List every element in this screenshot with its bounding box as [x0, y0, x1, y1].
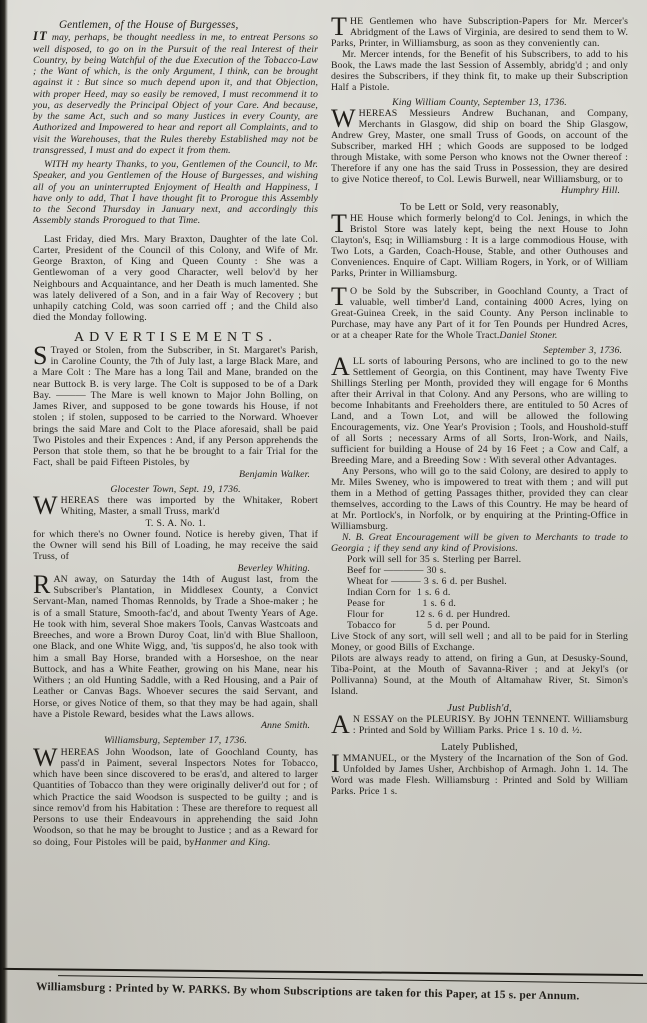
right-column: THE Gentlemen who have Subscription-Pape… — [331, 16, 628, 797]
price-line-wheat: Wheat for ——— 3 s. 6 d. per Bushel. — [347, 576, 628, 587]
ad-buchanan-signature: Humphry Hill. — [331, 185, 628, 196]
dropcap-i: I — [331, 753, 343, 774]
ad-truss-body-2: for which there's no Owner found. Notice… — [33, 529, 318, 563]
dropcap-w: W — [331, 108, 359, 129]
advertisements-heading: ADVERTISEMENTS. — [33, 332, 318, 343]
ad-mercer-body: THE Gentlemen who have Subscription-Pape… — [331, 16, 628, 49]
ad-immanuel-heading: Lately Published, — [331, 742, 628, 753]
newspaper-page: Gentlemen, of the House of Burgesses, IT… — [0, 0, 647, 1023]
dropcap-t: T — [331, 16, 350, 37]
dropcap-a: A — [331, 356, 353, 377]
ad-runaway-signature: Anne Smith. — [33, 720, 318, 731]
ad-essay-pleurisy: Just Publish'd, AN ESSAY on the PLEURISY… — [331, 703, 628, 736]
ad-woodson-dateline: Williamsburg, September 17, 1736. — [33, 735, 318, 746]
ad-buchanan-truss: King William County, September 13, 1736.… — [331, 97, 628, 196]
ad-buchanan-body: WHEREAS Messieurs Andrew Buchanan, and C… — [331, 108, 628, 185]
ad-truss-tsa: Glocester Town, Sept. 19, 1736. WHEREAS … — [33, 484, 318, 574]
ad-truss-dateline: Glocester Town, Sept. 19, 1736. — [33, 484, 318, 495]
ad-georgia-livestock: Live Stock of any sort, will sell well ;… — [331, 631, 628, 653]
ad-immanuel-body: IMMANUEL, or the Mystery of the Incarnat… — [331, 753, 628, 797]
price-line-pease: Pease for 1 s. 6 d. — [347, 598, 628, 609]
price-line-corn: Indian Corn for 1 s. 6 d. — [347, 587, 628, 598]
ad-house-lett-or-sold: To be Lett or Sold, very reasonably, THE… — [331, 202, 628, 279]
ad-house-heading: To be Lett or Sold, very reasonably, — [331, 202, 628, 213]
dropcap-w: W — [33, 495, 61, 516]
ad-goochland-land: TO be Sold by the Subscriber, in Goochla… — [331, 286, 628, 341]
ad-essay-body: AN ESSAY on the PLEURISY. By JOHN TENNEN… — [331, 714, 628, 736]
ad-mercer-abridgment: THE Gentlemen who have Subscription-Pape… — [331, 16, 628, 93]
printer-imprint: Williamsburg : Printed by W. PARKS. By w… — [36, 981, 616, 1003]
scan-gutter-edge — [0, 0, 8, 1023]
price-line-beef: Beef for ———— 30 s. — [347, 565, 628, 576]
dropcap-a: A — [331, 714, 353, 735]
obituary-braxton: Last Friday, died Mrs. Mary Braxton, Dau… — [33, 234, 318, 324]
ad-woodson-signature: Hanmer and King. — [194, 837, 270, 848]
price-line-flour: Flour for 12 s. 6 d. per Hundred. — [347, 609, 628, 620]
ad-land-signature: Daniel Stoner. — [499, 330, 557, 341]
address-salutation: Gentlemen, of the House of Burgesses, — [33, 20, 318, 31]
dropcap-t: T — [331, 286, 350, 307]
ad-house-body: THE House which formerly belong'd to Col… — [331, 213, 628, 279]
ad-truss-signature: Beverley Whiting. — [33, 563, 318, 574]
dropcap-w: W — [33, 747, 61, 768]
ad-land-body: TO be Sold by the Subscriber, in Goochla… — [331, 286, 628, 341]
ad-strayed-body: STrayed or Stolen, from the Subscriber, … — [33, 345, 318, 469]
ad-truss-body: WHEREAS there was imported by the Whitak… — [33, 495, 318, 518]
address-lead: IT — [33, 29, 48, 43]
ad-georgia-body: ALL sorts of labouring Persons, who are … — [331, 356, 628, 466]
ad-georgia-pilots: Pilots are always ready to attend, on fi… — [331, 653, 628, 697]
imprint-footer: Williamsburg : Printed by W. PARKS. By w… — [0, 962, 647, 1023]
ad-runaway-servant: RAN away, on Saturday the 14th of August… — [33, 574, 318, 732]
ad-georgia-settlement: September 3, 1736. ALL sorts of labourin… — [331, 345, 628, 697]
ad-mercer-body-2: Mr. Mercer intends, for the Benefit of h… — [331, 49, 628, 93]
ad-essay-heading: Just Publish'd, — [331, 703, 628, 714]
ad-strayed-signature: Benjamin Walker. — [33, 469, 318, 480]
ad-georgia-nb: N. B. Great Encouragement will be given … — [331, 532, 628, 554]
address-paragraph-1: IT may, perhaps, be thought needless in … — [33, 31, 318, 156]
left-column: Gentlemen, of the House of Burgesses, IT… — [33, 20, 318, 848]
ad-runaway-body: RAN away, on Saturday the 14th of August… — [33, 574, 318, 720]
ad-georgia-body-2: Any Persons, who will go to the said Col… — [331, 466, 628, 532]
price-line-tobacco: Tobacco for 5 d. per Pound. — [347, 620, 628, 631]
dropcap-s: S — [33, 345, 51, 366]
ad-woodson-body: WHEREAS John Woodson, late of Goochland … — [33, 747, 318, 848]
ad-georgia-dateline: September 3, 1736. — [331, 345, 628, 356]
price-line-pork: Pork will sell for 35 s. Sterling per Ba… — [347, 554, 628, 565]
ad-woodson-notes: Williamsburg, September 17, 1736. WHEREA… — [33, 735, 318, 848]
ad-truss-mark: T. S. A. No. 1. — [33, 518, 318, 529]
ad-buchanan-dateline: King William County, September 13, 1736. — [331, 97, 628, 108]
ad-immanuel: Lately Published, IMMANUEL, or the Myste… — [331, 742, 628, 797]
dropcap-r: R — [33, 574, 53, 595]
address-paragraph-2: WITH my hearty Thanks, to you, Gentlemen… — [33, 159, 318, 227]
dropcap-t: T — [331, 213, 350, 234]
ad-strayed-or-stolen: STrayed or Stolen, from the Subscriber, … — [33, 345, 318, 480]
